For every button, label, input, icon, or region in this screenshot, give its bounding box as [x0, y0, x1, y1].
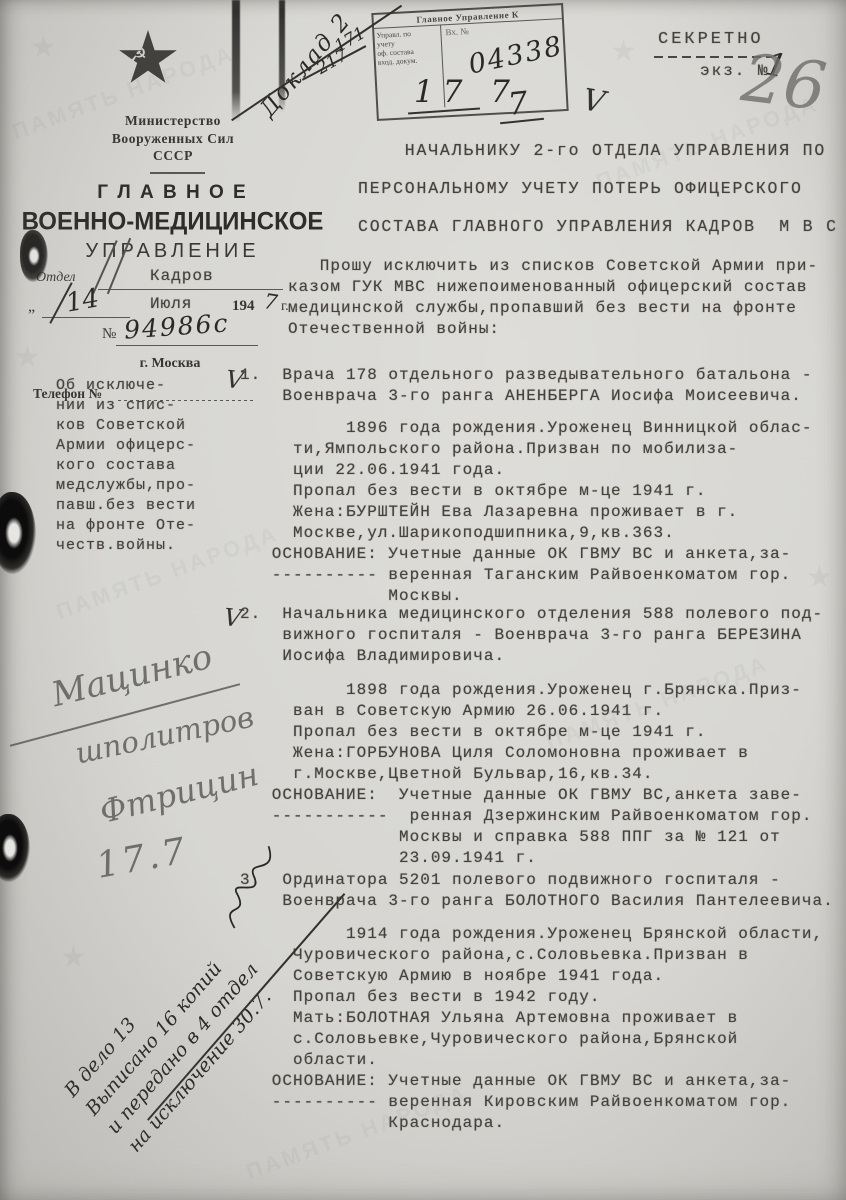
item-2-heading: 2. Начальника медицинского отделения 588…: [240, 604, 823, 667]
org-name-line3: УПРАВЛЕНИЕ: [60, 240, 285, 263]
year-printed: 194: [232, 298, 255, 315]
pencil-date: 17.7: [93, 830, 191, 886]
item-1-details: 1896 года рождения.Уроженец Винницкой об…: [240, 418, 812, 607]
paper-tear: [20, 230, 48, 282]
watermark-star-icon: ★: [610, 34, 637, 69]
city-label: г. Москва: [95, 356, 245, 372]
check-icon: V: [580, 82, 607, 120]
date-day-underline: [42, 317, 130, 318]
number-label: №: [102, 326, 116, 343]
letterhead-divider: [150, 172, 205, 174]
org-name-line1: Г Л А В Н О Е: [55, 182, 290, 204]
dept-underline: [98, 289, 283, 290]
item-2-details: 1898 года рождения.Уроженец г.Брянска.Пр…: [240, 680, 812, 869]
hole-punch: [0, 814, 30, 882]
watermark-star-icon: ★: [806, 560, 833, 595]
ministry-name: Министерство Вооруженных Сил СССР: [68, 112, 278, 165]
pencil-signature: Фтрицин: [96, 755, 262, 831]
watermark-star-icon: ★: [60, 940, 87, 975]
watermark-star-icon: ★: [30, 30, 57, 65]
scan-fold-streak: [232, 0, 240, 122]
item-3-details: 1914 года рождения.Уроженец Брянской обл…: [240, 924, 823, 1134]
intro-paragraph: Прошу исключить из списков Советской Арм…: [288, 256, 818, 340]
item-1-heading: 1. Врача 178 отдельного разведывательног…: [240, 365, 812, 407]
number-underline: [116, 345, 258, 346]
watermark-star-icon: ★: [14, 340, 41, 375]
year-written: 7: [262, 289, 279, 315]
item-3-heading: 3. Ординатора 5201 полевого подвижного г…: [240, 870, 834, 912]
org-name-line2: ВОЕННО-МЕДИЦИНСКОЕ: [15, 207, 330, 236]
stamp-date-year-handwritten: 7: [506, 85, 529, 123]
recipient-address: НАЧАЛЬНИКУ 2-го ОТДЕЛА УПРАВЛЕНИЯ ПО ПЕР…: [358, 132, 838, 246]
date-open-quote: „: [28, 298, 35, 316]
scanned-document-page: ПАМЯТЬ НАРОДА ПАМЯТЬ НАРОДА ПАМЯТЬ НАРОД…: [0, 0, 846, 1200]
stamp-date-handwritten: 17 7: [414, 74, 519, 110]
number-value-handwritten: 94986с: [123, 308, 230, 344]
hole-punch: [0, 492, 36, 574]
dept-value: Кадров: [150, 266, 214, 287]
hammer-sickle-icon: ☭: [130, 44, 147, 66]
pencil-signature: Мацинко: [48, 637, 217, 715]
margin-subject-note: Об исключе- нии из спис- ков Советской А…: [56, 376, 196, 556]
